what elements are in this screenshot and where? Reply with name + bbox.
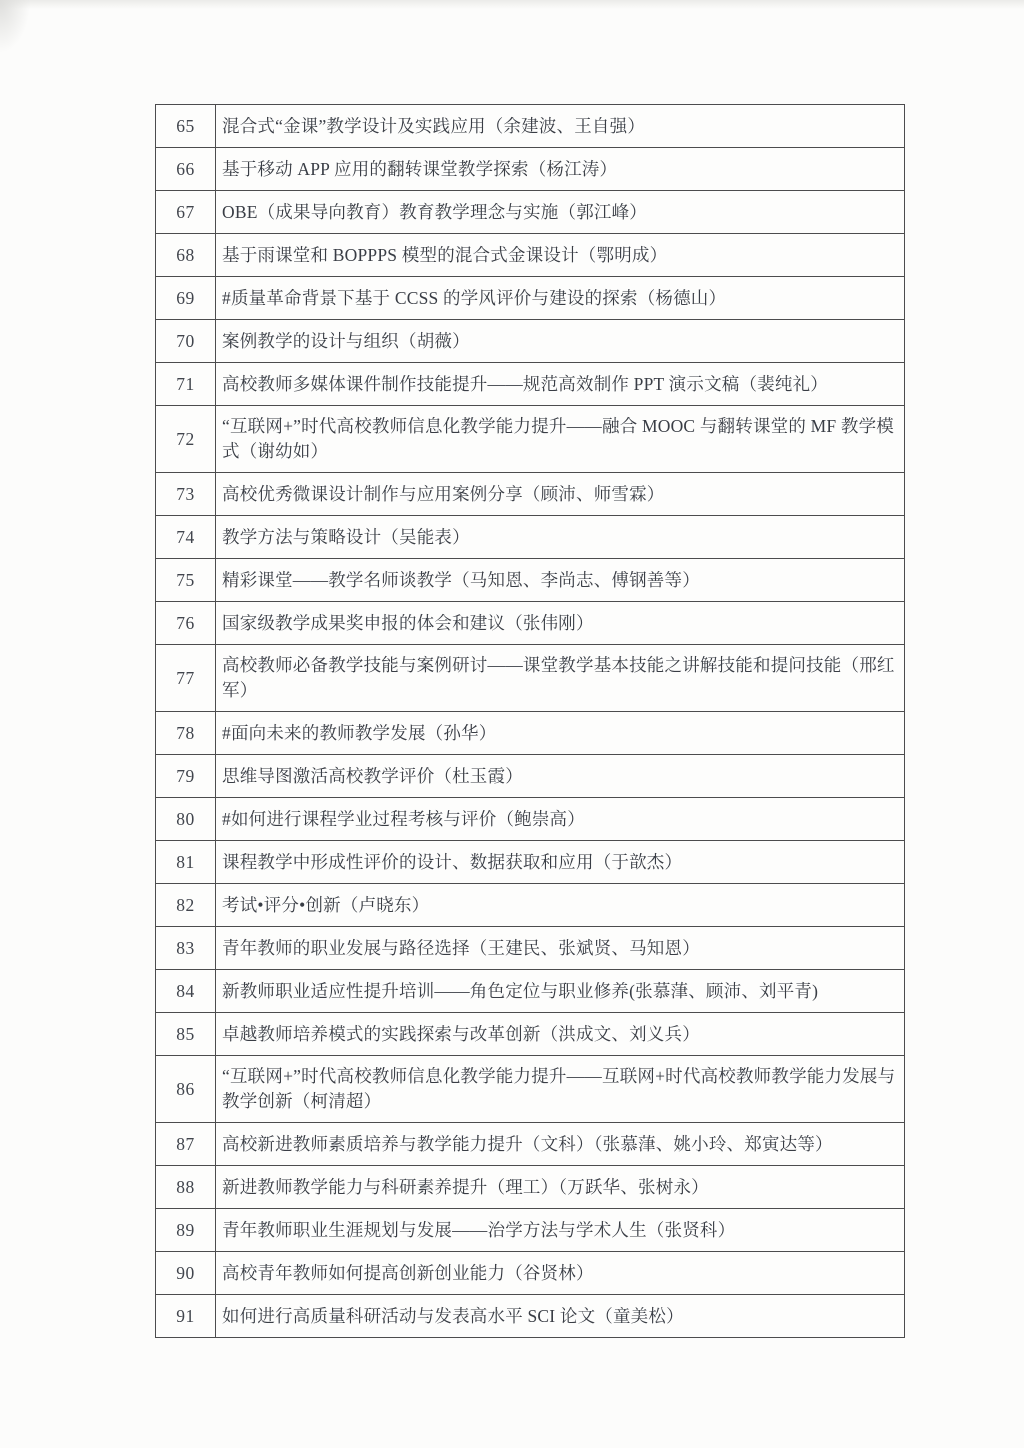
course-list-body: 65 混合式“金课”教学设计及实践应用（余建波、王自强） 66 基于移动 APP… xyxy=(156,105,905,1338)
scan-edge-artifact-top xyxy=(0,0,1024,9)
table-row: 83 青年教师的职业发展与路径选择（王建民、张斌贤、马知恩） xyxy=(156,927,905,970)
table-row: 72 “互联网+”时代高校教师信息化教学能力提升——融合 MOOC 与翻转课堂的… xyxy=(156,406,905,473)
table-row: 68 基于雨课堂和 BOPPPS 模型的混合式金课设计（鄂明成） xyxy=(156,234,905,277)
row-number: 87 xyxy=(156,1123,216,1166)
row-title: 高校新进教师素质培养与教学能力提升（文科）（张慕葏、姚小玲、郑寅达等） xyxy=(216,1123,905,1166)
row-title: 青年教师职业生涯规划与发展——治学方法与学术人生（张贤科） xyxy=(216,1209,905,1252)
table-row: 77 高校教师必备教学技能与案例研讨——课堂教学基本技能之讲解技能和提问技能（邢… xyxy=(156,645,905,712)
row-title: 混合式“金课”教学设计及实践应用（余建波、王自强） xyxy=(216,105,905,148)
row-number: 74 xyxy=(156,516,216,559)
row-title: 考试•评分•创新（卢晓东） xyxy=(216,884,905,927)
row-number: 83 xyxy=(156,927,216,970)
row-title: #质量革命背景下基于 CCSS 的学风评价与建设的探索（杨德山） xyxy=(216,277,905,320)
row-number: 65 xyxy=(156,105,216,148)
row-number: 85 xyxy=(156,1013,216,1056)
table-row: 70 案例教学的设计与组织（胡薇） xyxy=(156,320,905,363)
table-row: 66 基于移动 APP 应用的翻转课堂教学探索（杨江涛） xyxy=(156,148,905,191)
row-title: 青年教师的职业发展与路径选择（王建民、张斌贤、马知恩） xyxy=(216,927,905,970)
scan-edge-artifact-corner xyxy=(0,0,30,52)
row-title: 基于移动 APP 应用的翻转课堂教学探索（杨江涛） xyxy=(216,148,905,191)
table-row: 69 #质量革命背景下基于 CCSS 的学风评价与建设的探索（杨德山） xyxy=(156,277,905,320)
row-number: 72 xyxy=(156,406,216,473)
document-page: 65 混合式“金课”教学设计及实践应用（余建波、王自强） 66 基于移动 APP… xyxy=(0,0,1024,1448)
row-number: 73 xyxy=(156,473,216,516)
row-title: 精彩课堂——教学名师谈教学（马知恩、李尚志、傅钢善等） xyxy=(216,559,905,602)
row-title: 基于雨课堂和 BOPPPS 模型的混合式金课设计（鄂明成） xyxy=(216,234,905,277)
row-title: #如何进行课程学业过程考核与评价（鲍崇高） xyxy=(216,798,905,841)
table-row: 87 高校新进教师素质培养与教学能力提升（文科）（张慕葏、姚小玲、郑寅达等） xyxy=(156,1123,905,1166)
row-number: 77 xyxy=(156,645,216,712)
row-number: 90 xyxy=(156,1252,216,1295)
row-number: 67 xyxy=(156,191,216,234)
table-row: 85 卓越教师培养模式的实践探索与改革创新（洪成文、刘义兵） xyxy=(156,1013,905,1056)
course-list-table: 65 混合式“金课”教学设计及实践应用（余建波、王自强） 66 基于移动 APP… xyxy=(155,104,905,1338)
table-row: 73 高校优秀微课设计制作与应用案例分享（顾沛、师雪霖） xyxy=(156,473,905,516)
row-number: 78 xyxy=(156,712,216,755)
table-row: 67 OBE（成果导向教育）教育教学理念与实施（郭江峰） xyxy=(156,191,905,234)
row-title: #面向未来的教师教学发展（孙华） xyxy=(216,712,905,755)
table-row: 86 “互联网+”时代高校教师信息化教学能力提升——互联网+时代高校教师教学能力… xyxy=(156,1056,905,1123)
table-row: 82 考试•评分•创新（卢晓东） xyxy=(156,884,905,927)
row-number: 81 xyxy=(156,841,216,884)
row-number: 68 xyxy=(156,234,216,277)
table-row: 65 混合式“金课”教学设计及实践应用（余建波、王自强） xyxy=(156,105,905,148)
table-row: 75 精彩课堂——教学名师谈教学（马知恩、李尚志、傅钢善等） xyxy=(156,559,905,602)
table-row: 78 #面向未来的教师教学发展（孙华） xyxy=(156,712,905,755)
row-title: 高校教师多媒体课件制作技能提升——规范高效制作 PPT 演示文稿（裴纯礼） xyxy=(216,363,905,406)
row-number: 69 xyxy=(156,277,216,320)
table-row: 80 #如何进行课程学业过程考核与评价（鲍崇高） xyxy=(156,798,905,841)
table-row: 89 青年教师职业生涯规划与发展——治学方法与学术人生（张贤科） xyxy=(156,1209,905,1252)
table-row: 79 思维导图激活高校教学评价（杜玉霞） xyxy=(156,755,905,798)
row-title: “互联网+”时代高校教师信息化教学能力提升——互联网+时代高校教师教学能力发展与… xyxy=(216,1056,905,1123)
row-title: 高校教师必备教学技能与案例研讨——课堂教学基本技能之讲解技能和提问技能（邢红军） xyxy=(216,645,905,712)
row-title: 案例教学的设计与组织（胡薇） xyxy=(216,320,905,363)
row-number: 75 xyxy=(156,559,216,602)
table-row: 88 新进教师教学能力与科研素养提升（理工）（万跃华、张树永） xyxy=(156,1166,905,1209)
row-number: 80 xyxy=(156,798,216,841)
row-title: 新教师职业适应性提升培训——角色定位与职业修养(张慕葏、顾沛、刘平青) xyxy=(216,970,905,1013)
row-title: 新进教师教学能力与科研素养提升（理工）（万跃华、张树永） xyxy=(216,1166,905,1209)
row-number: 76 xyxy=(156,602,216,645)
row-number: 84 xyxy=(156,970,216,1013)
row-title: 卓越教师培养模式的实践探索与改革创新（洪成文、刘义兵） xyxy=(216,1013,905,1056)
row-title: 高校青年教师如何提高创新创业能力（谷贤林） xyxy=(216,1252,905,1295)
row-number: 70 xyxy=(156,320,216,363)
row-number: 82 xyxy=(156,884,216,927)
row-number: 91 xyxy=(156,1295,216,1338)
table-row: 76 国家级教学成果奖申报的体会和建议（张伟刚） xyxy=(156,602,905,645)
row-title: 高校优秀微课设计制作与应用案例分享（顾沛、师雪霖） xyxy=(216,473,905,516)
table-row: 90 高校青年教师如何提高创新创业能力（谷贤林） xyxy=(156,1252,905,1295)
row-number: 66 xyxy=(156,148,216,191)
table-row: 71 高校教师多媒体课件制作技能提升——规范高效制作 PPT 演示文稿（裴纯礼） xyxy=(156,363,905,406)
table-row: 91 如何进行高质量科研活动与发表高水平 SCI 论文（童美松） xyxy=(156,1295,905,1338)
row-number: 79 xyxy=(156,755,216,798)
row-title: 国家级教学成果奖申报的体会和建议（张伟刚） xyxy=(216,602,905,645)
row-title: OBE（成果导向教育）教育教学理念与实施（郭江峰） xyxy=(216,191,905,234)
row-number: 89 xyxy=(156,1209,216,1252)
row-title: 如何进行高质量科研活动与发表高水平 SCI 论文（童美松） xyxy=(216,1295,905,1338)
row-number: 86 xyxy=(156,1056,216,1123)
row-title: “互联网+”时代高校教师信息化教学能力提升——融合 MOOC 与翻转课堂的 MF… xyxy=(216,406,905,473)
row-title: 思维导图激活高校教学评价（杜玉霞） xyxy=(216,755,905,798)
table-row: 84 新教师职业适应性提升培训——角色定位与职业修养(张慕葏、顾沛、刘平青) xyxy=(156,970,905,1013)
row-number: 71 xyxy=(156,363,216,406)
row-number: 88 xyxy=(156,1166,216,1209)
row-title: 课程教学中形成性评价的设计、数据获取和应用（于歆杰） xyxy=(216,841,905,884)
row-title: 教学方法与策略设计（吴能表） xyxy=(216,516,905,559)
table-row: 74 教学方法与策略设计（吴能表） xyxy=(156,516,905,559)
table-row: 81 课程教学中形成性评价的设计、数据获取和应用（于歆杰） xyxy=(156,841,905,884)
